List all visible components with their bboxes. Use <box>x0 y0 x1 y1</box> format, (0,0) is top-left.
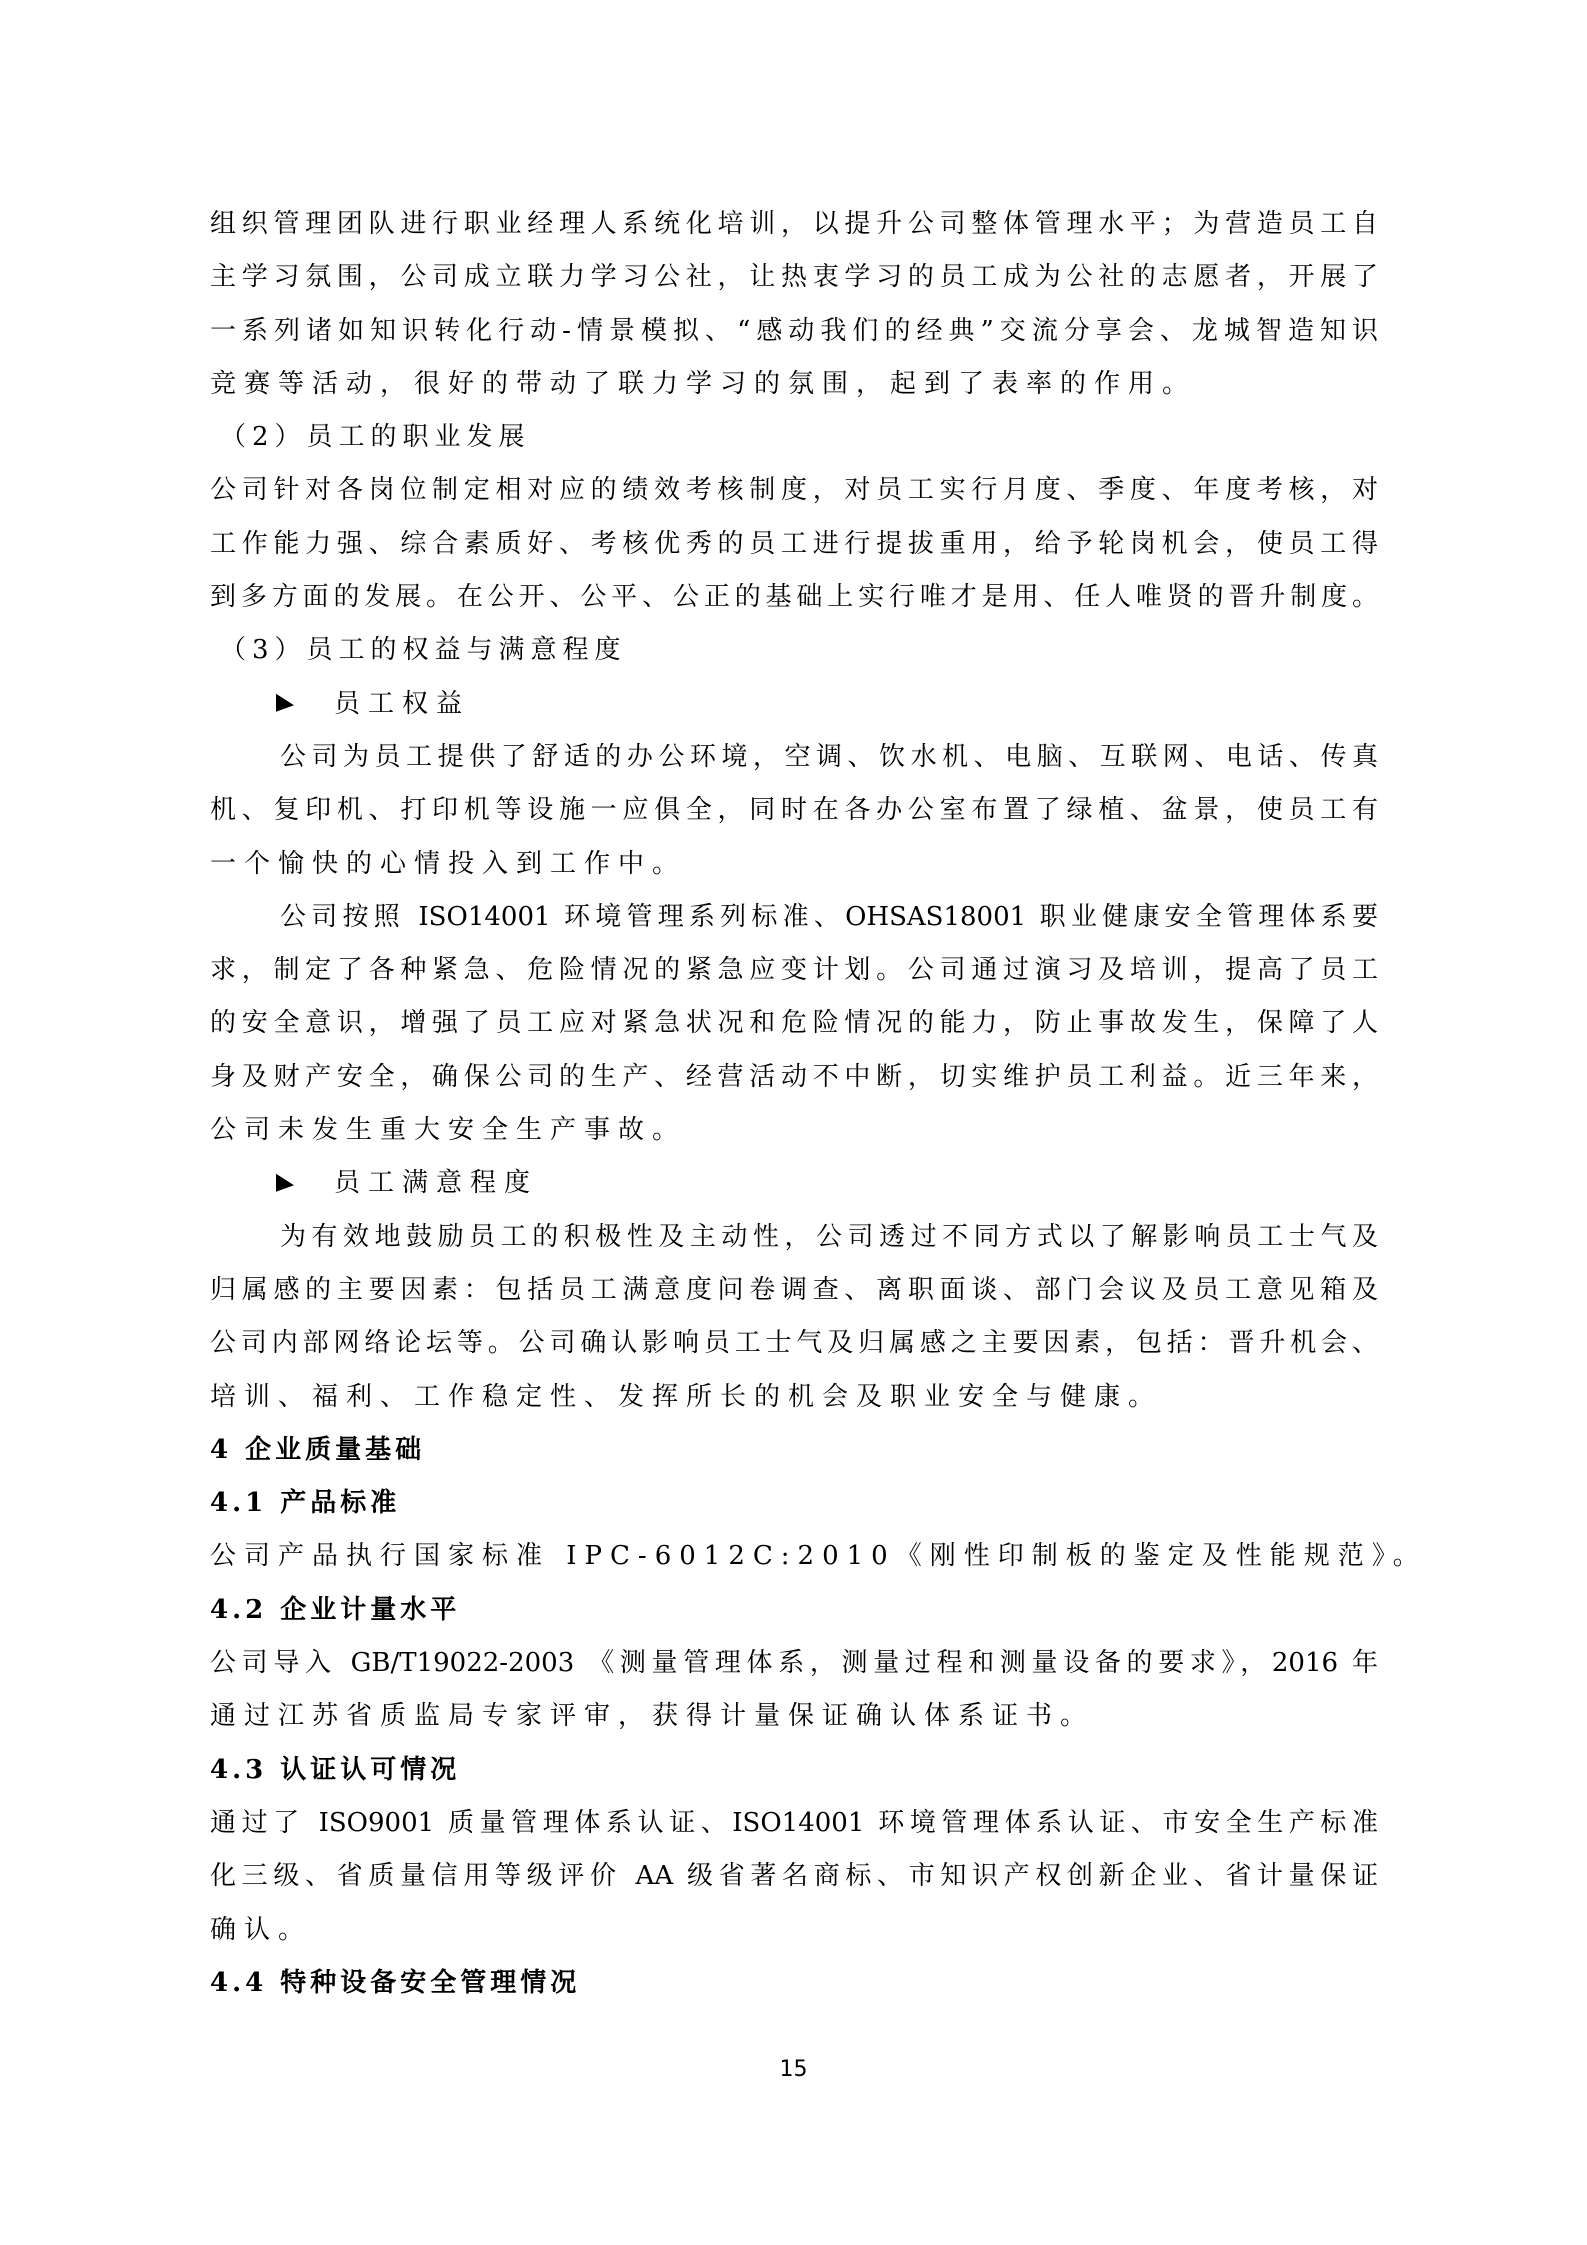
section-heading-product-standard: 4.1 产品标准 <box>210 1477 1378 1530</box>
section-heading-metrology-level: 4.2 企业计量水平 <box>210 1584 1378 1637</box>
text-line: 公司按照 ISO14001 环境管理系列标准、OHSAS18001 职业健康安全… <box>210 891 1378 944</box>
text-line: 的安全意识，增强了员工应对紧急状况和危险情况的能力，防止事故发生，保障了人 <box>210 997 1378 1050</box>
text-line: 机、复印机、打印机等设施一应俱全，同时在各办公室布置了绿植、盆景，使员工有 <box>210 784 1378 837</box>
page-number: 15 <box>0 2056 1587 2084</box>
text-line: 公司未发生重大安全生产事故。 <box>210 1104 1378 1157</box>
text-line: 组织管理团队进行职业经理人系统化培训，以提升公司整体管理水平；为营造员工自 <box>210 198 1378 251</box>
paragraph-safety-management: 公司按照 ISO14001 环境管理系列标准、OHSAS18001 职业健康安全… <box>210 891 1378 1157</box>
subsection-heading-rights-satisfaction: （3）员工的权益与满意程度 <box>210 624 1378 677</box>
document-page: 组织管理团队进行职业经理人系统化培训，以提升公司整体管理水平；为营造员工自 主学… <box>0 0 1587 2245</box>
paragraph-career-development: 公司针对各岗位制定相对应的绩效考核制度，对员工实行月度、季度、年度考核，对 工作… <box>210 464 1378 624</box>
text-line: 公司为员工提供了舒适的办公环境，空调、饮水机、电脑、互联网、电话、传真 <box>210 731 1378 784</box>
text-line: 竞赛等活动，很好的带动了联力学习的氛围，起到了表率的作用。 <box>210 358 1378 411</box>
text-line: 公司导入 GB/T19022-2003 《测量管理体系，测量过程和测量设备的要求… <box>210 1637 1378 1690</box>
arrowhead-bullet-icon <box>276 694 294 715</box>
text-line: 通过江苏省质监局专家评审，获得计量保证确认体系证书。 <box>210 1690 1378 1743</box>
bullet-label: 员工权益 <box>334 678 470 731</box>
arrowhead-bullet-icon <box>276 1174 294 1195</box>
text-line: 归属感的主要因素：包括员工满意度问卷调查、离职面谈、部门会议及员工意见箱及 <box>210 1264 1378 1317</box>
text-line: 确认。 <box>210 1904 1378 1957</box>
text-line: 一个愉快的心情投入到工作中。 <box>210 838 1378 891</box>
paragraph-product-standard: 公司产品执行国家标准 IPC-6012C:2010《刚性印制板的鉴定及性能规范》… <box>210 1530 1378 1583</box>
bullet-label: 员工满意程度 <box>334 1157 538 1210</box>
paragraph-office-environment: 公司为员工提供了舒适的办公环境，空调、饮水机、电脑、互联网、电话、传真 机、复印… <box>210 731 1378 891</box>
paragraph-training: 组织管理团队进行职业经理人系统化培训，以提升公司整体管理水平；为营造员工自 主学… <box>210 198 1378 411</box>
text-line: 身及财产安全，确保公司的生产、经营活动不中断，切实维护员工利益。近三年来， <box>210 1051 1378 1104</box>
text-line: 主学习氛围，公司成立联力学习公社，让热衷学习的员工成为公社的志愿者，开展了 <box>210 251 1378 304</box>
paragraph-certifications: 通过了 ISO9001 质量管理体系认证、ISO14001 环境管理体系认证、市… <box>210 1797 1378 1957</box>
text-line: 化三级、省质量信用等级评价 AA 级省著名商标、市知识产权创新企业、省计量保证 <box>210 1850 1378 1903</box>
subsection-heading-career-development: （2）员工的职业发展 <box>210 411 1378 464</box>
paragraph-satisfaction-factors: 为有效地鼓励员工的积极性及主动性，公司透过不同方式以了解影响员工士气及 归属感的… <box>210 1211 1378 1424</box>
text-line: 工作能力强、综合素质好、考核优秀的员工进行提拔重用，给予轮岗机会，使员工得 <box>210 518 1378 571</box>
section-heading-special-equipment-safety: 4.4 特种设备安全管理情况 <box>210 1957 1378 2010</box>
bullet-item-employee-satisfaction: 员工满意程度 <box>210 1157 1378 1210</box>
text-line: 培训、福利、工作稳定性、发挥所长的机会及职业安全与健康。 <box>210 1371 1378 1424</box>
text-line: 一系列诸如知识转化行动-情景模拟、“感动我们的经典”交流分享会、龙城智造知识 <box>210 305 1378 358</box>
text-line: 公司内部网络论坛等。公司确认影响员工士气及归属感之主要因素，包括：晋升机会、 <box>210 1317 1378 1370</box>
section-heading-certifications: 4.3 认证认可情况 <box>210 1744 1378 1797</box>
text-line: 通过了 ISO9001 质量管理体系认证、ISO14001 环境管理体系认证、市… <box>210 1797 1378 1850</box>
text-line: 求，制定了各种紧急、危险情况的紧急应变计划。公司通过演习及培训，提高了员工 <box>210 944 1378 997</box>
page-body: 组织管理团队进行职业经理人系统化培训，以提升公司整体管理水平；为营造员工自 主学… <box>210 198 1378 2010</box>
paragraph-metrology-level: 公司导入 GB/T19022-2003 《测量管理体系，测量过程和测量设备的要求… <box>210 1637 1378 1744</box>
section-heading-quality-foundation: 4 企业质量基础 <box>210 1424 1378 1477</box>
text-line: 公司针对各岗位制定相对应的绩效考核制度，对员工实行月度、季度、年度考核，对 <box>210 464 1378 517</box>
text-line: 为有效地鼓励员工的积极性及主动性，公司透过不同方式以了解影响员工士气及 <box>210 1211 1378 1264</box>
text-line: 公司产品执行国家标准 IPC-6012C:2010《刚性印制板的鉴定及性能规范》… <box>210 1530 1378 1583</box>
bullet-item-employee-rights: 员工权益 <box>210 678 1378 731</box>
text-line: 到多方面的发展。在公开、公平、公正的基础上实行唯才是用、任人唯贤的晋升制度。 <box>210 571 1378 624</box>
